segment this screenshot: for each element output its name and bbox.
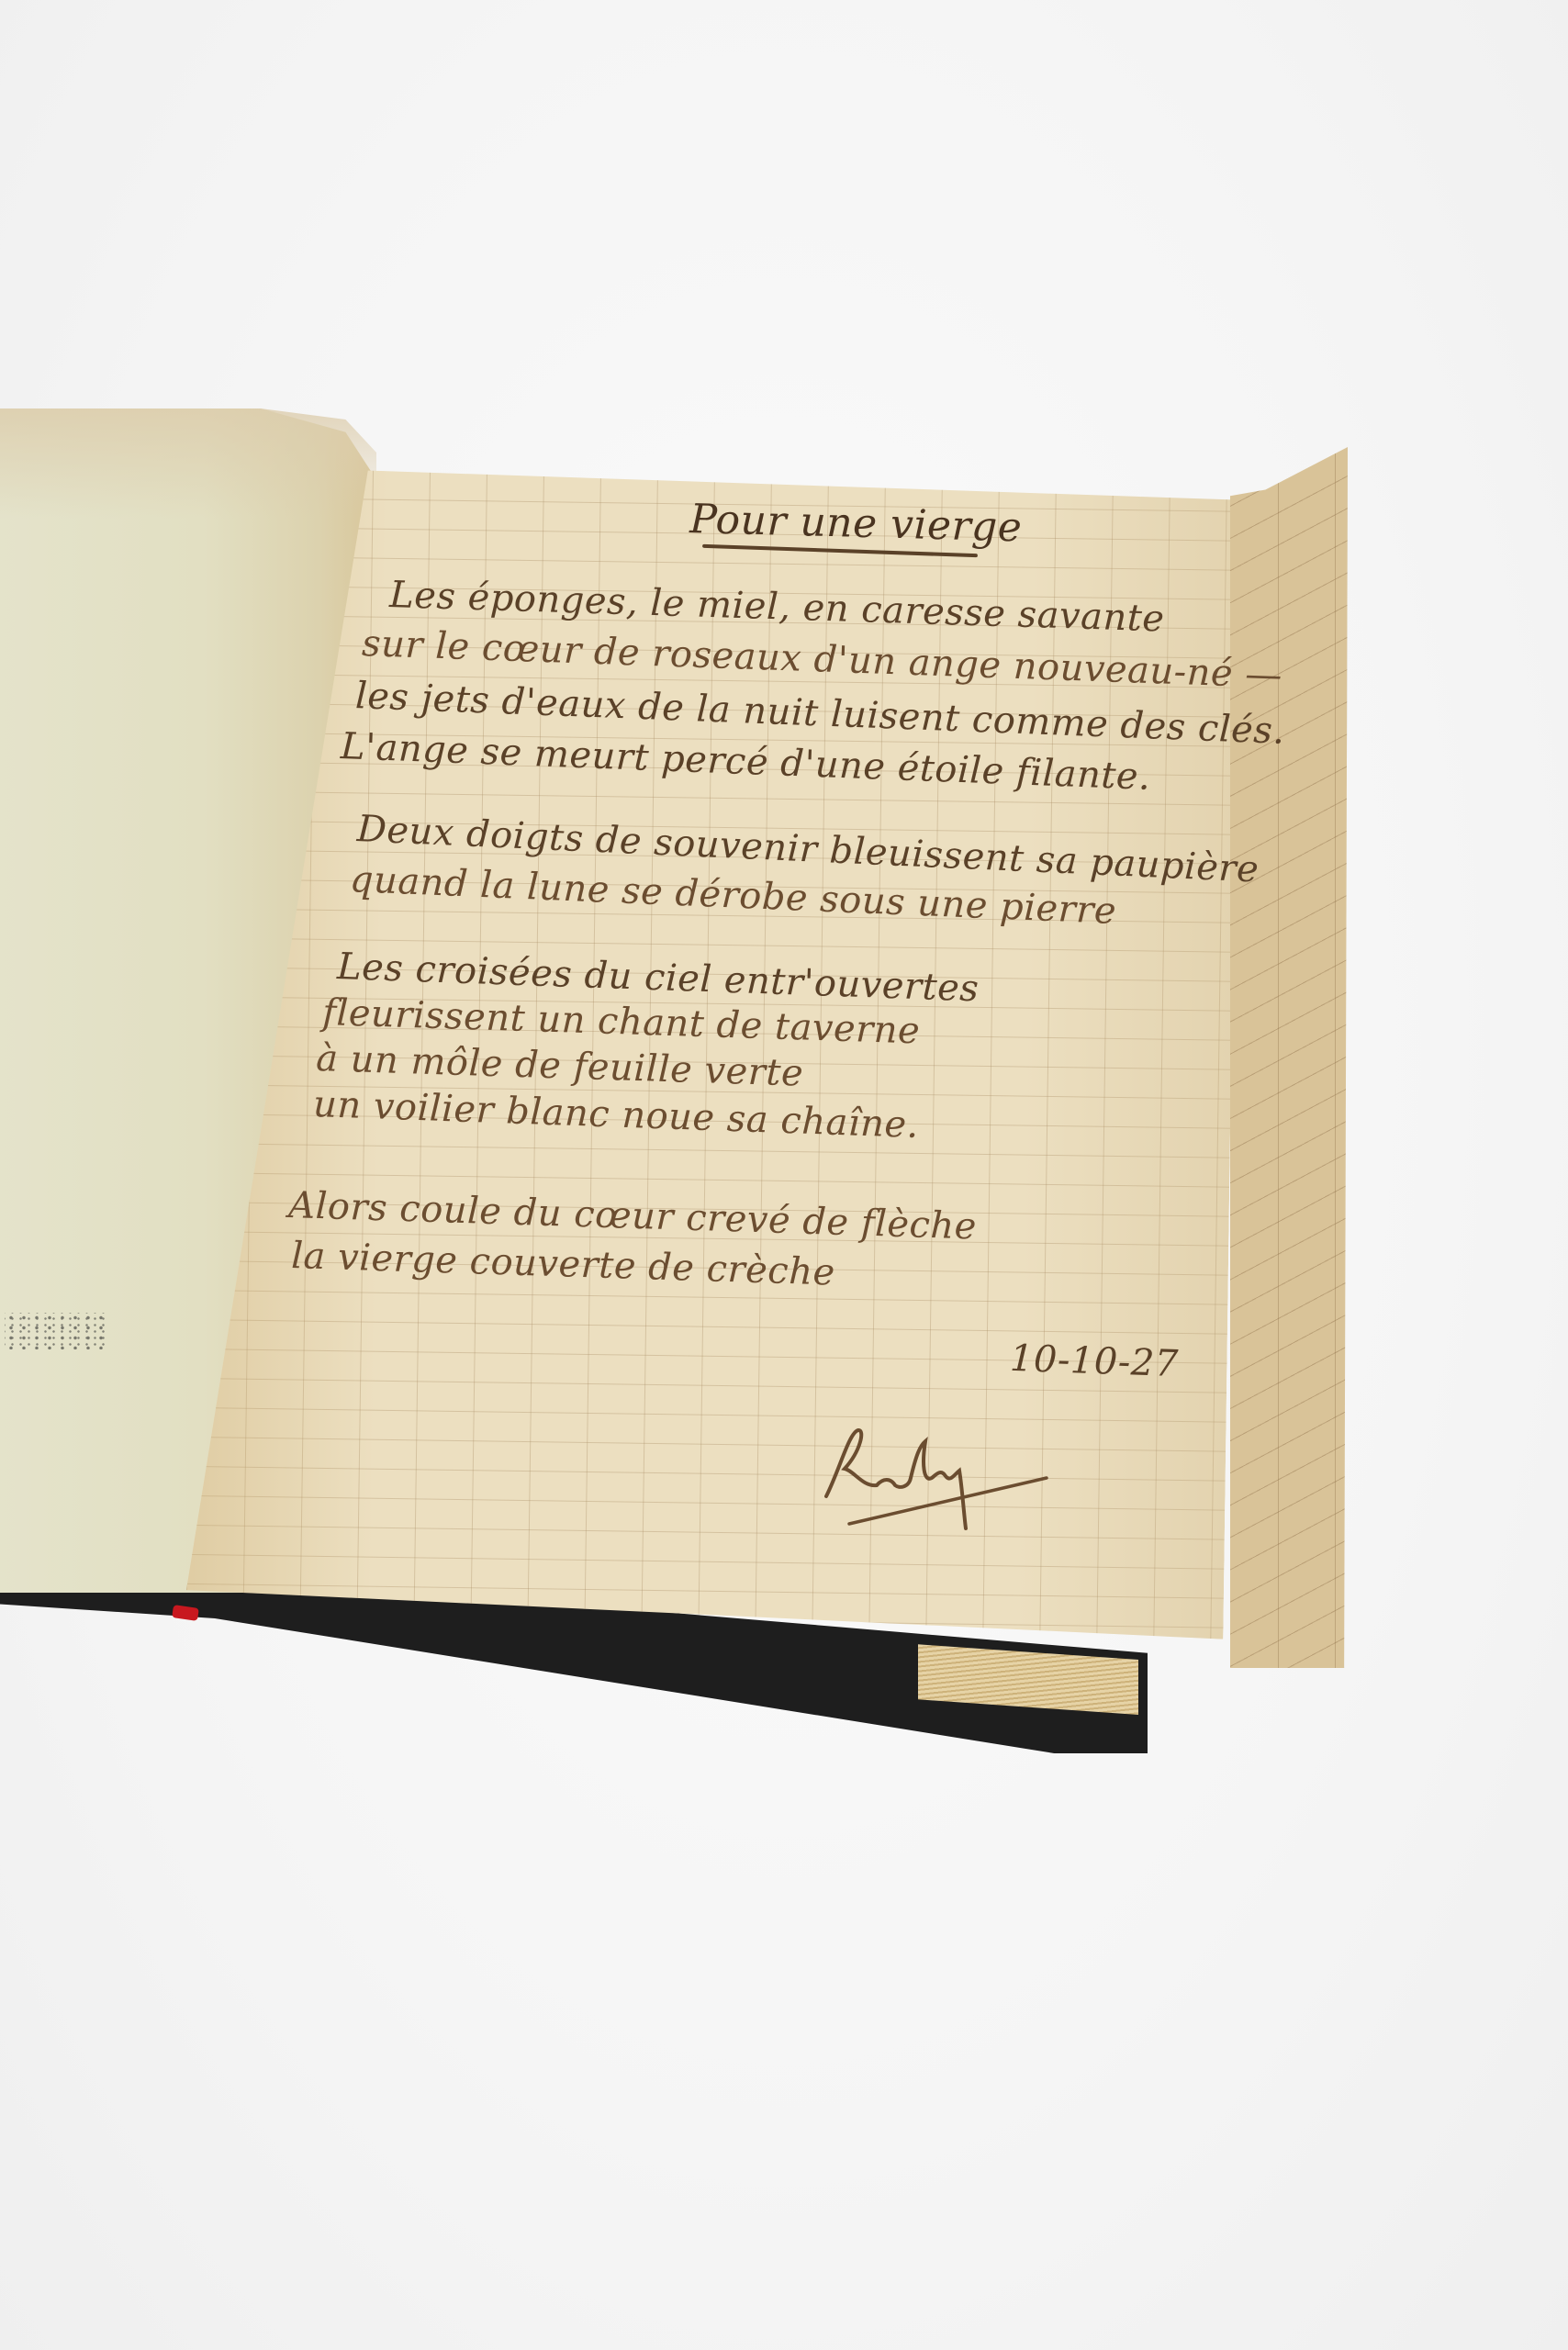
signature-mark	[808, 1414, 1083, 1542]
left-page-curl-shading	[0, 408, 376, 519]
folded-page-flap	[1230, 447, 1348, 1668]
left-page-specks	[5, 1313, 106, 1349]
poem-title: Pour une vierge	[689, 496, 1023, 551]
manuscript-date: 10-10-27	[1009, 1337, 1179, 1385]
